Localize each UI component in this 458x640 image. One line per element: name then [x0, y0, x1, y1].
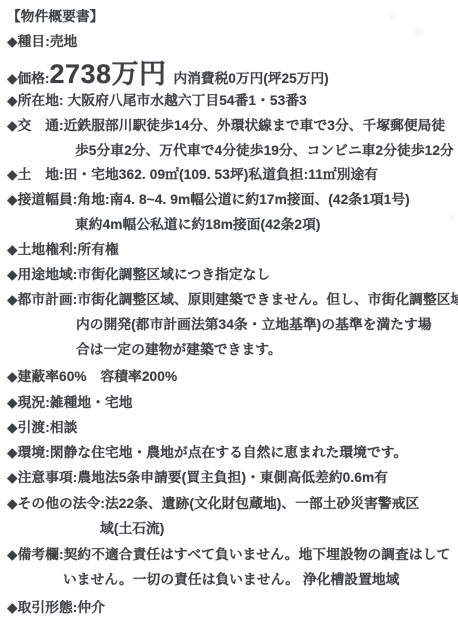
price-label: ◆価格: [7, 67, 49, 87]
field-city-planning-line2: 内の開発(都市計画法第34条・立地基準)の基準を満たす場 [76, 316, 432, 334]
field-handover: ◆引渡:相談 [7, 419, 77, 437]
field-land: ◆土 地:田・宅地362. 09㎡(109. 53坪)私道負担:11㎡別途有 [7, 166, 378, 184]
field-category: ◆種目:売地 [7, 33, 77, 51]
price-value: 2738万円 [49, 52, 166, 91]
field-road-line1: ◆接道幅員:角地:南4. 8~4. 9m幅公道に約17m接面、(42条1項1号) [7, 191, 410, 209]
field-other-laws-line2: 域(土石流) [100, 520, 164, 538]
field-caution: ◆注意事項:農地法5条申請要(買主負担)・東側高低差約0.6m有 [7, 469, 388, 487]
field-remarks-line2: いません。一切の責任は負いません。 浄化槽設置地域 [63, 571, 399, 589]
field-land-rights: ◆土地権利:所有権 [7, 241, 119, 259]
field-zoning: ◆用途地域:市街化調整区域につき指定なし [7, 266, 270, 284]
field-price: ◆価格:2738万円内消費税0万円(坪25万円) [7, 52, 329, 91]
doc-title: 【物件概要書】 [7, 8, 104, 26]
field-city-planning-line1: ◆都市計画:市街化調整区域、原則建築できません。但し、市街化調整区域 [7, 291, 458, 309]
field-transaction-type: ◆取引形態:仲介 [7, 599, 105, 617]
field-coverage-ratio: ◆建蔽率60% 容積率200% [7, 368, 177, 386]
property-summary-document: 【物件概要書】 ◆種目:売地 ◆価格:2738万円内消費税0万円(坪25万円) … [0, 0, 458, 640]
field-current-status: ◆現況:雑種地・宅地 [7, 394, 133, 412]
price-tax-note: 内消費税0万円(坪25万円) [174, 67, 329, 87]
field-environment: ◆環境:閑静な住宅地・農地が点在する自然に恵まれた環境です。 [7, 444, 407, 462]
field-remarks-line1: ◆備考欄:契約不適合責任はすべて負いません。地下埋設物の調査はして [7, 546, 450, 564]
field-access-line1: ◆交 通:近鉄服部川駅徒歩14分、外環状線まで車で3分、千塚郵便局徒 [7, 117, 445, 135]
field-other-laws-line1: ◆その他の法令:法22条、遺跡(文化財包蔵地)、一部土砂災害警戒区 [7, 495, 419, 513]
field-location: ◆所在地: 大阪府八尾市水越六丁目54番1・53番3 [7, 92, 307, 110]
field-access-line2: 歩5分車2分、万代車で4分徒歩19分、コンビニ車2分徒歩12分 [75, 142, 454, 160]
field-city-planning-line3: 合は一定の建物が建築できます。 [76, 341, 282, 359]
field-road-line2: 東約4m幅公私道に約18m接面(42条2項) [75, 216, 321, 234]
